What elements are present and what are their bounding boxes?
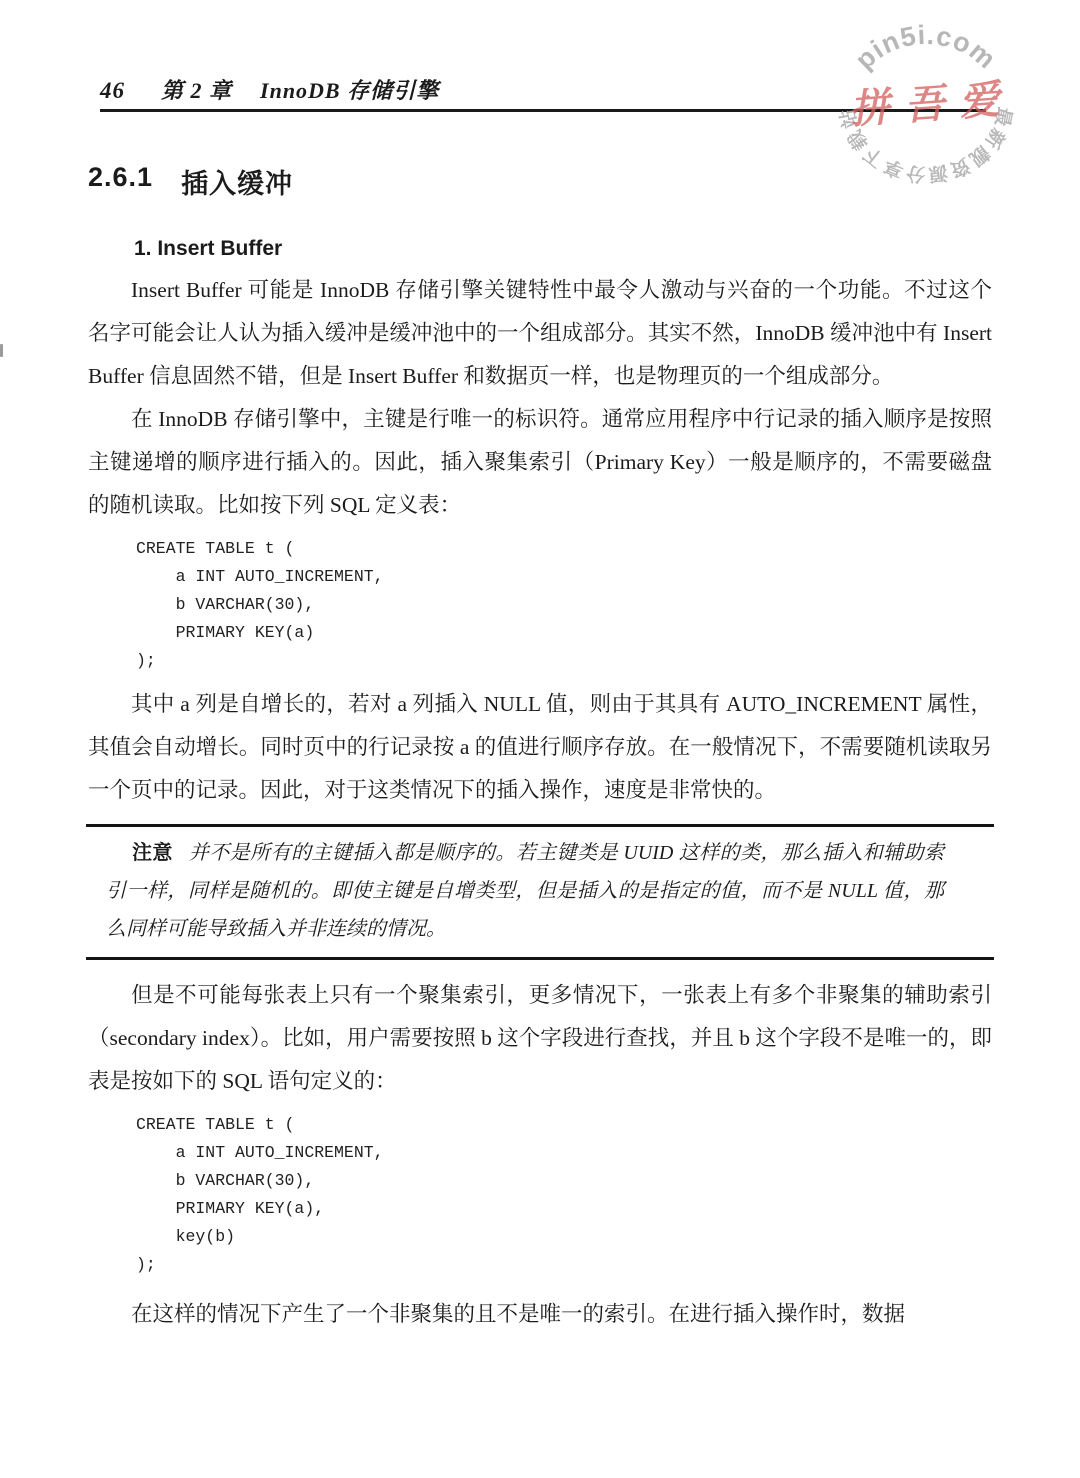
note-box: 注意并不是所有的主键插入都是顺序的。若主键类是 UUID 这样的类，那么插入和辅… <box>86 824 994 960</box>
chapter-title: InnoDB 存储引擎 <box>260 74 439 105</box>
note-text: 并不是所有的主键插入都是顺序的。若主键类是 UUID 这样的类，那么插入和辅助索… <box>106 842 944 940</box>
section-title-text: 插入缓冲 <box>181 162 293 201</box>
section-heading: 2.6.1 插入缓冲 <box>88 162 1080 201</box>
page-header: 46 第 2 章 InnoDB 存储引擎 <box>100 74 986 112</box>
body-paragraph-1: Insert Buffer 可能是 InnoDB 存储引擎关键特性中最令人激动与… <box>88 269 992 398</box>
sql-code-block-2: CREATE TABLE t ( a INT AUTO_INCREMENT, b… <box>136 1111 1080 1279</box>
book-page: 46 第 2 章 InnoDB 存储引擎 pin5i.com 最新靓资源分享下载… <box>0 0 1080 1478</box>
chapter-label: 第 2 章 <box>161 74 232 105</box>
section-number: 2.6.1 <box>88 162 153 201</box>
watermark-site-text: pin5i.com <box>849 20 1002 75</box>
body-paragraph-3: 其中 a 列是自增长的，若对 a 列插入 NULL 值，则由于其具有 AUTO_… <box>88 683 992 812</box>
body-paragraph-5: 在这样的情况下产生了一个非聚集的且不是唯一的索引。在进行插入操作时，数据 <box>88 1293 992 1336</box>
note-label: 注意 <box>132 842 173 864</box>
scan-artifact <box>0 344 3 357</box>
sql-code-block-1: CREATE TABLE t ( a INT AUTO_INCREMENT, b… <box>136 535 1080 675</box>
watermark-site-arc: pin5i.com <box>849 20 1002 75</box>
page-number: 46 <box>100 78 125 104</box>
subsection-heading: 1. Insert Buffer <box>134 237 1080 261</box>
body-paragraph-2: 在 InnoDB 存储引擎中，主键是行唯一的标识符。通常应用程序中行记录的插入顺… <box>88 398 992 527</box>
body-paragraph-4: 但是不可能每张表上只有一个聚集索引，更多情况下，一张表上有多个非聚集的辅助索引（… <box>88 974 992 1103</box>
